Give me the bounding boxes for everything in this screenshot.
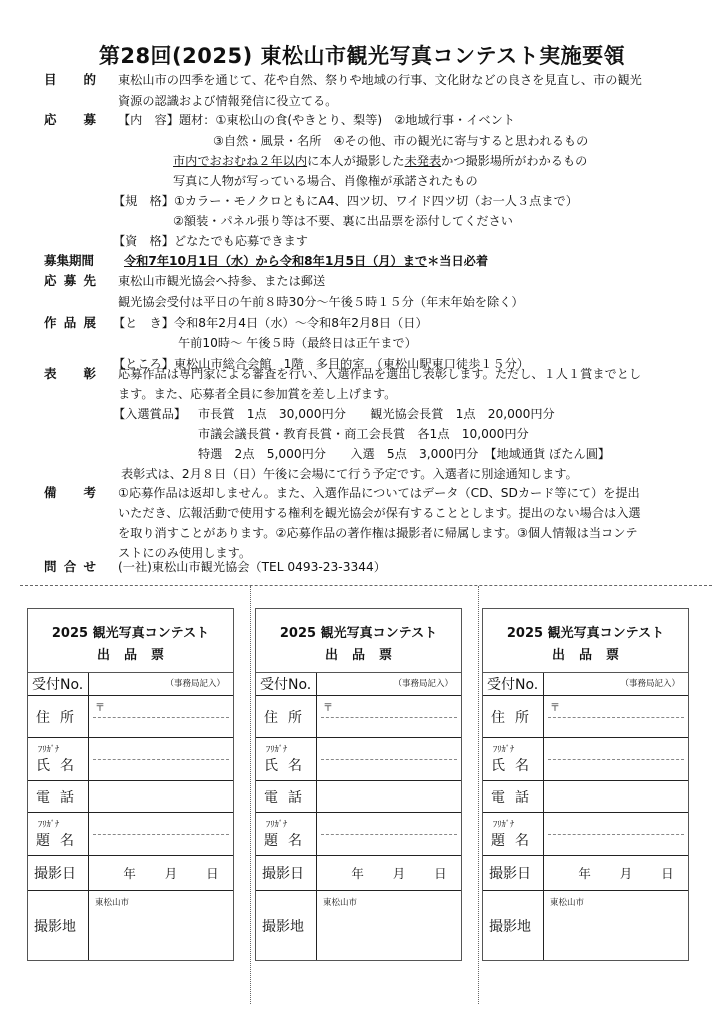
work-title-row: ﾌﾘｶﾞﾅ題名	[483, 813, 688, 856]
shoot-place-row: 撮影地 東松山市	[28, 891, 233, 960]
form-title: 2025 観光写真コンテスト	[483, 609, 688, 641]
postal-mark: 〒	[95, 699, 105, 714]
address-row: 住所 〒	[483, 696, 688, 738]
form-subtitle: 出品票	[28, 644, 233, 663]
shoot-date-field[interactable]: 年月日	[317, 856, 461, 890]
award-line: ます。また、応募者全員に参加賞を差し上げます。	[118, 384, 688, 404]
shoot-place-label: 撮影地	[34, 916, 88, 936]
furigana-label: ﾌﾘｶﾞﾅ	[491, 743, 543, 755]
contact-text: (一社)東松山市観光協会（TEL 0493-23-3344）	[118, 557, 688, 577]
shoot-date-label: 撮影日	[262, 863, 316, 883]
place-prefix: 東松山市	[550, 896, 584, 908]
condition-line: 市内でおおむね２年以内に本人が撮影した未発表かつ撮影場所がわかるもの	[173, 151, 724, 171]
address-field[interactable]: 〒	[89, 696, 233, 737]
name-label: 氏名	[491, 755, 529, 775]
name-field[interactable]	[317, 738, 461, 780]
spec-line: ②額装・パネル張り等は不要、裏に出品票を添付してください	[173, 211, 724, 231]
remarks-line: を取り消すことがあります。②応募作品の著作権は撮影者に帰属します。③個人情報は当…	[118, 523, 688, 543]
phone-row: 電話	[256, 781, 461, 813]
spec-line: ①カラー・モノクロともにA4、四ツ切、ワイド四ツ切（お一人３点まで）	[174, 194, 578, 208]
receipt-row: 受付No. （事務局記入）	[28, 673, 233, 696]
address-label: 住所	[264, 707, 302, 727]
form-title: 2025 観光写真コンテスト	[28, 609, 233, 641]
name-field[interactable]	[544, 738, 688, 780]
receipt-field[interactable]: （事務局記入）	[89, 673, 233, 695]
work-title-row: ﾌﾘｶﾞﾅ題名	[256, 813, 461, 856]
shoot-date-row: 撮影日 年月日	[483, 856, 688, 891]
award-label: 表彰	[44, 364, 96, 384]
shoot-place-field[interactable]: 東松山市	[89, 891, 233, 960]
cut-line-vertical	[250, 586, 251, 1004]
receipt-label: 受付No.	[487, 674, 543, 694]
shoot-date-field[interactable]: 年月日	[89, 856, 233, 890]
entry-label: 応募	[44, 110, 96, 130]
content-line: 題材：①東松山の食(やきとり、梨等) ②地域行事・イベント	[179, 113, 515, 127]
cut-line-horizontal	[20, 585, 712, 586]
receipt-note: （事務局記入）	[165, 677, 225, 689]
postal-mark: 〒	[323, 699, 333, 714]
purpose-label: 目的	[44, 70, 96, 90]
place-prefix: 東松山市	[323, 896, 357, 908]
work-title-label: 題名	[36, 830, 74, 850]
spec-label: 【規 格】	[113, 194, 174, 208]
address-label: 住所	[491, 707, 529, 727]
eligibility-label: 【資 格】	[113, 234, 174, 248]
destination-line: 観光協会受付は平日の午前８時30分～午後５時１５分（年末年始を除く）	[118, 292, 688, 312]
name-row: ﾌﾘｶﾞﾅ氏名	[256, 738, 461, 781]
form-header: 2025 観光写真コンテスト 出品票	[483, 609, 688, 673]
content-row: 【内 容】題材：①東松山の食(やきとり、梨等) ②地域行事・イベント	[118, 110, 688, 130]
remarks-line: ①応募作品は返却しません。また、入選作品についてはデータ（CD、SDカード等にて…	[118, 483, 688, 503]
eligibility-text: どなたでも応募できます	[174, 234, 308, 248]
receipt-label: 受付No.	[260, 674, 316, 694]
receipt-row: 受付No. （事務局記入）	[256, 673, 461, 696]
remarks-line: いただき、広報活動で使用する権利を観光協会が保有することとします。提出のない場合…	[118, 503, 688, 523]
furigana-label: ﾌﾘｶﾞﾅ	[264, 818, 316, 830]
eligibility-row: 【資 格】どなたでも応募できます	[113, 231, 683, 251]
shoot-date-row: 撮影日 年月日	[256, 856, 461, 891]
form-subtitle: 出品票	[483, 644, 688, 663]
furigana-label: ﾌﾘｶﾞﾅ	[491, 818, 543, 830]
form-header: 2025 観光写真コンテスト 出品票	[28, 609, 233, 673]
shoot-date-field[interactable]: 年月日	[544, 856, 688, 890]
when-row: 【と き】令和8年2月4日（水）～令和8年2月8日（日）	[113, 313, 683, 333]
shoot-place-row: 撮影地 東松山市	[256, 891, 461, 960]
phone-label: 電話	[264, 787, 302, 807]
furigana-label: ﾌﾘｶﾞﾅ	[36, 743, 88, 755]
content-line: ③自然・風景・名所 ④その他、市の観光に寄与すると思われるもの	[213, 131, 724, 151]
spec-row: 【規 格】①カラー・モノクロともにA4、四ツ切、ワイド四ツ切（お一人３点まで）	[113, 191, 683, 211]
address-row: 住所 〒	[28, 696, 233, 738]
form-header: 2025 観光写真コンテスト 出品票	[256, 609, 461, 673]
shoot-place-field[interactable]: 東松山市	[317, 891, 461, 960]
place-prefix: 東松山市	[95, 896, 129, 908]
phone-label: 電話	[36, 787, 74, 807]
award-line: 応募作品は専門家による審査を行い、入選作品を選出し表彰します。ただし、１人１賞ま…	[118, 364, 688, 384]
when-label: 【と き】	[113, 316, 174, 330]
purpose-line: 資源の認識および情報発信に役立てる。	[118, 91, 688, 111]
entry-form: 2025 観光写真コンテスト 出品票 受付No. （事務局記入） 住所 〒 ﾌﾘ…	[255, 608, 462, 961]
furigana-label: ﾌﾘｶﾞﾅ	[36, 818, 88, 830]
postal-mark: 〒	[550, 699, 560, 714]
address-label: 住所	[36, 707, 74, 727]
form-subtitle: 出品票	[256, 644, 461, 663]
cut-line-vertical	[478, 586, 479, 1004]
phone-field[interactable]	[317, 781, 461, 812]
name-row: ﾌﾘｶﾞﾅ氏名	[28, 738, 233, 781]
receipt-field[interactable]: （事務局記入）	[317, 673, 461, 695]
period-text: 令和7年10月1日（水）から令和8年1月5日（月）まで＊当日必着	[124, 251, 694, 271]
name-row: ﾌﾘｶﾞﾅ氏名	[483, 738, 688, 781]
name-label: 氏名	[36, 755, 74, 775]
prize-line: 市議会議長賞・教育長賞・商工会長賞 各1点 10,000円分	[198, 424, 724, 444]
destination-label: 応募先	[44, 271, 96, 291]
work-title-label: 題名	[264, 830, 302, 850]
period-label: 募集期間	[44, 251, 104, 271]
name-label: 氏名	[264, 755, 302, 775]
work-title-field[interactable]	[544, 813, 688, 855]
remarks-label: 備考	[44, 483, 96, 503]
address-field[interactable]: 〒	[544, 696, 688, 737]
when-time: 午前10時～ 午後５時（最終日は正午まで）	[178, 333, 724, 353]
prize-line: 市長賞 1点 30,000円分 観光協会長賞 1点 20,000円分	[198, 404, 724, 424]
shoot-date-row: 撮影日 年月日	[28, 856, 233, 891]
phone-field[interactable]	[544, 781, 688, 812]
address-field[interactable]: 〒	[317, 696, 461, 737]
shoot-place-label: 撮影地	[262, 916, 316, 936]
exhibition-label: 作品展	[44, 313, 96, 333]
entry-form: 2025 観光写真コンテスト 出品票 受付No. （事務局記入） 住所 〒 ﾌﾘ…	[27, 608, 234, 961]
furigana-label: ﾌﾘｶﾞﾅ	[264, 743, 316, 755]
destination-line: 東松山市観光協会へ持参、または郵送	[118, 271, 688, 291]
shoot-place-field[interactable]: 東松山市	[544, 891, 688, 960]
name-field[interactable]	[89, 738, 233, 780]
entry-form: 2025 観光写真コンテスト 出品票 受付No. （事務局記入） 住所 〒 ﾌﾘ…	[482, 608, 689, 961]
address-row: 住所 〒	[256, 696, 461, 738]
form-title: 2025 観光写真コンテスト	[256, 609, 461, 641]
receipt-field[interactable]: （事務局記入）	[544, 673, 688, 695]
work-title-row: ﾌﾘｶﾞﾅ題名	[28, 813, 233, 856]
page-title: 第28回(2025) 東松山市観光写真コンテスト実施要領	[0, 40, 724, 70]
work-title-field[interactable]	[89, 813, 233, 855]
phone-label: 電話	[491, 787, 529, 807]
receipt-note: （事務局記入）	[393, 677, 453, 689]
prize-line: 特選 2点 5,000円分 入選 5点 3,000円分 【地域通貨 ぼたん圓】	[198, 444, 724, 464]
shoot-date-label: 撮影日	[489, 863, 543, 883]
phone-field[interactable]	[89, 781, 233, 812]
work-title-field[interactable]	[317, 813, 461, 855]
contact-label: 問合せ	[44, 557, 96, 577]
work-title-label: 題名	[491, 830, 529, 850]
shoot-date-label: 撮影日	[34, 863, 88, 883]
receipt-row: 受付No. （事務局記入）	[483, 673, 688, 696]
shoot-place-label: 撮影地	[489, 916, 543, 936]
purpose-line: 東松山市の四季を通じて、花や自然、祭りや地域の行事、文化財などの良さを見直し、市…	[118, 70, 688, 90]
receipt-label: 受付No.	[32, 674, 88, 694]
phone-row: 電話	[483, 781, 688, 813]
receipt-note: （事務局記入）	[620, 677, 680, 689]
ceremony-line: 表彰式は、2月８日（日）午後に会場にて行う予定です。入選者に別途通知します。	[121, 464, 691, 484]
shoot-place-row: 撮影地 東松山市	[483, 891, 688, 960]
content-label: 【内 容】	[118, 113, 179, 127]
phone-row: 電話	[28, 781, 233, 813]
portrait-line: 写真に人物が写っている場合、肖像権が承諾されたもの	[173, 171, 724, 191]
